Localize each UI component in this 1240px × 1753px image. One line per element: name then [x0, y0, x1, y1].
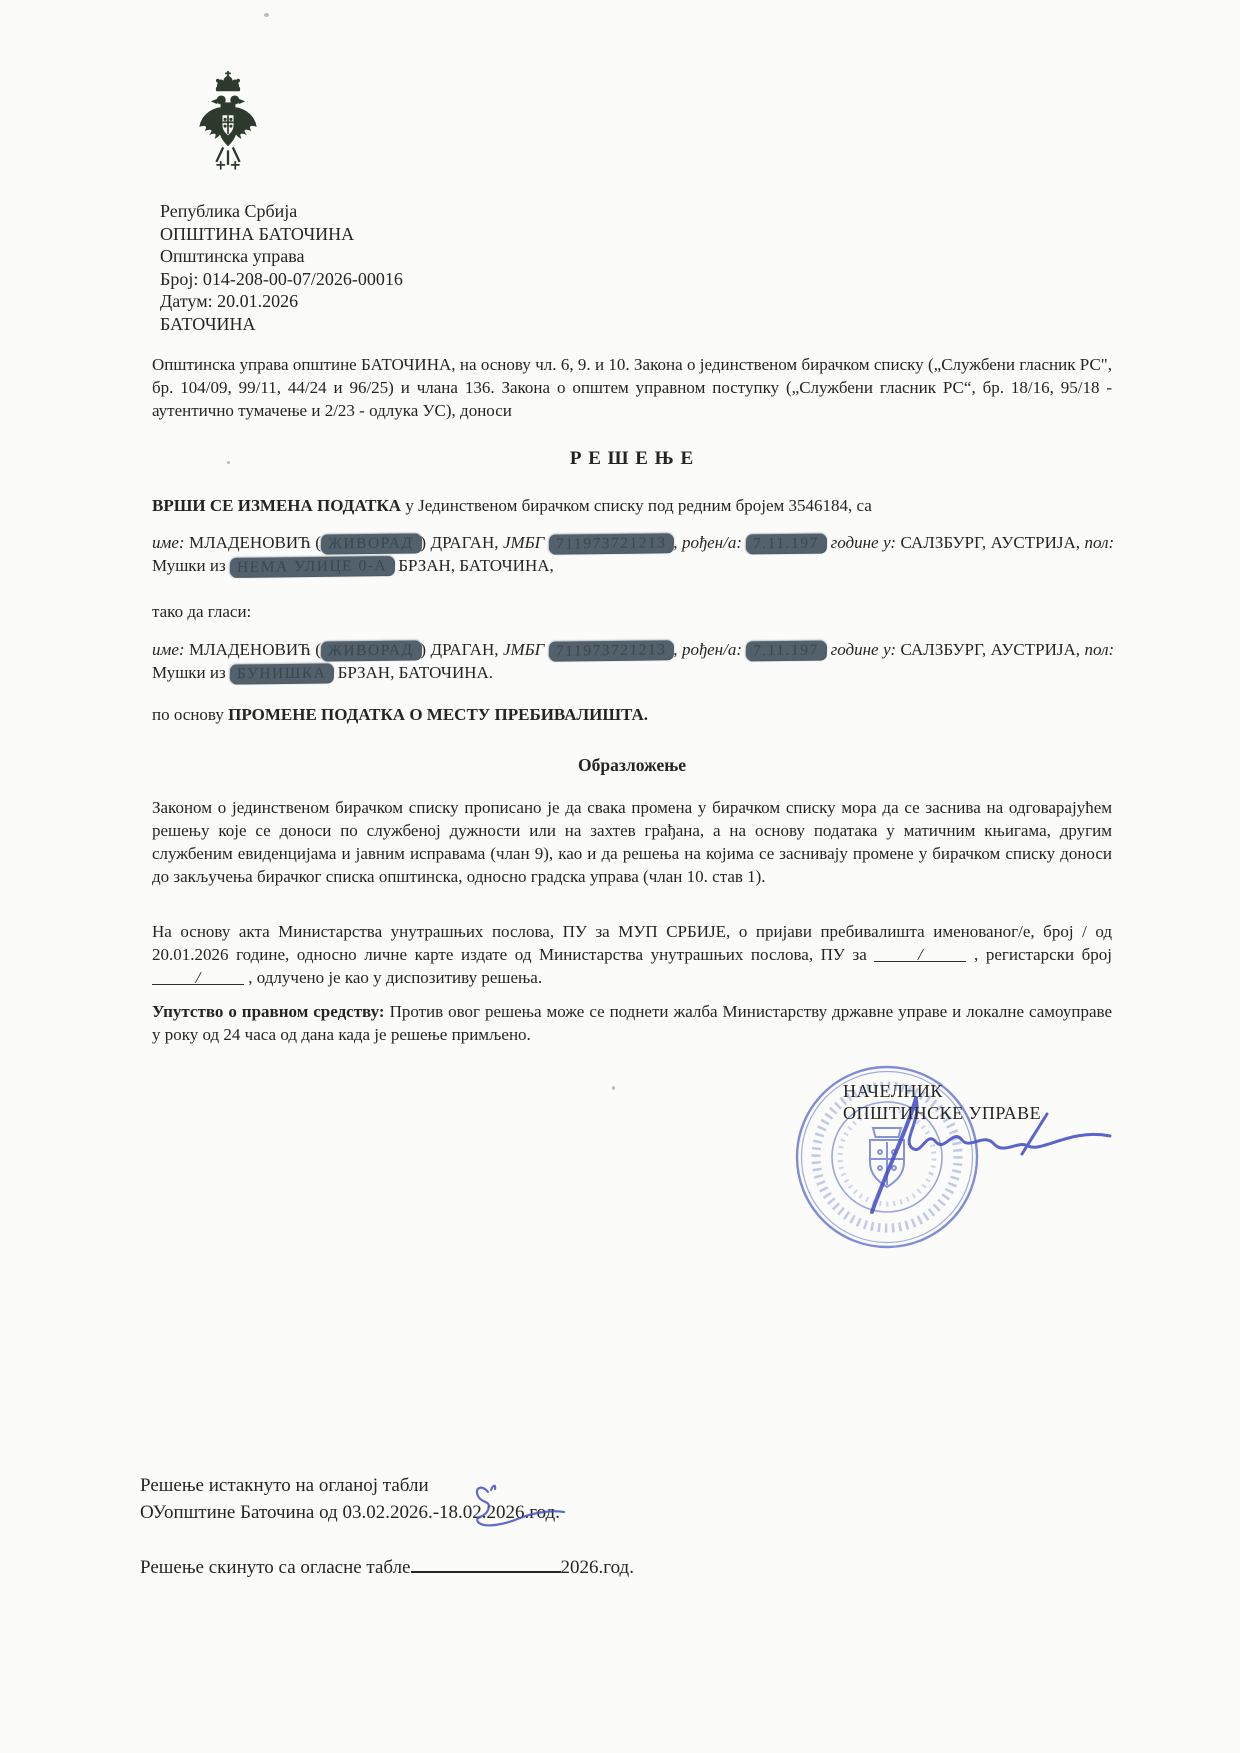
jmbg-redacted: 711973721213,: [549, 533, 678, 552]
slash: /: [196, 968, 201, 987]
sex-and-from: Мушки из: [152, 663, 226, 682]
redaction-blob: ЖИВОРАД: [321, 533, 421, 553]
basis-prefix: по основу: [152, 705, 224, 724]
signatory-title: НАЧЕЛНИК ОПШТИНСКЕ УПРАВЕ: [843, 1080, 1041, 1124]
label-in: у:: [883, 640, 896, 659]
document-page: { "header": { "country": "Република Срби…: [0, 0, 1240, 1753]
serbia-coat-of-arms-icon: [197, 70, 259, 190]
jmbg-redacted: 711973721213,: [549, 640, 678, 659]
explanation-paragraph-2: На основу акта Министарства унутрашњих п…: [152, 920, 1112, 989]
intro-paragraph: Општинска управа општине БАТОЧИНА, на ос…: [152, 353, 1112, 422]
label-born: рођен/а:: [682, 533, 742, 552]
transition-line: тако да гласи:: [152, 600, 251, 623]
redaction-blob: 711973721213: [549, 533, 674, 554]
father-name-redacted: (ЖИВОРАД): [315, 533, 426, 552]
removal-note-prefix: Решење скинуто са огласне табле: [140, 1557, 411, 1578]
scan-speck: [264, 13, 269, 17]
scan-speck: [296, 408, 299, 411]
paren-open: (: [315, 640, 321, 659]
remedy-bold: Упутство о правном средству:: [152, 1002, 385, 1021]
birth-city: САЛЗБУРГ, АУСТРИЈА,: [901, 533, 1081, 552]
letterhead-country: Република Србија: [160, 200, 403, 223]
removal-note: Решење скинуто са огласне табле2026.год.: [140, 1553, 634, 1581]
paren-close: ): [420, 640, 426, 659]
label-name: име:: [152, 640, 185, 659]
label-jmbg: ЈМБГ: [503, 533, 544, 552]
label-year: године: [831, 533, 879, 552]
birthdate-redacted: 7.11.197: [746, 534, 826, 554]
act-text-3: , одлучено је као у диспозитиву решења.: [248, 968, 542, 987]
letterhead-city: БАТОЧИНА: [160, 313, 403, 336]
letterhead-date: Датум: 20.01.2026: [160, 290, 403, 313]
explanation-title: Образложење: [152, 755, 1112, 776]
comma: ,: [673, 533, 677, 552]
operative-sentence: ВРШИ СЕ ИЗМЕНА ПОДАТКА у Јединственом би…: [152, 494, 1132, 517]
remedy-paragraph: Упутство о правном средству: Против овог…: [152, 1000, 1112, 1046]
label-jmbg: ЈМБГ: [503, 640, 544, 659]
redaction-blob: 711973721213: [549, 640, 674, 661]
operative-bold: ВРШИ СЕ ИЗМЕНА ПОДАТКА: [152, 496, 401, 515]
scan-speck: [612, 1086, 615, 1090]
address-redacted: НЕМА УЛИЦЕ 0-А: [230, 556, 395, 577]
letterhead-administration: Општинска управа: [160, 245, 403, 268]
operative-rest: у Јединственом бирачком списку под редни…: [405, 496, 871, 515]
removal-note-suffix: 2026.год.: [561, 1557, 634, 1578]
record-old: име: МЛАДЕНОВИЋ (ЖИВОРАД) ДРАГАН, ЈМБГ 7…: [152, 531, 1114, 577]
residence: БРЗАН, БАТОЧИНА.: [338, 663, 493, 682]
paren-close: ): [420, 533, 426, 552]
given-name: ДРАГАН,: [431, 640, 499, 659]
basis-line: по основу ПРОМЕНЕ ПОДАТКА О МЕСТУ ПРЕБИВ…: [152, 703, 648, 726]
letterhead-municipality: ОПШТИНА БАТОЧИНА: [160, 223, 403, 246]
explanation-paragraph-1: Законом о јединственом бирачком списку п…: [152, 796, 1112, 888]
father-name-redacted: (ЖИВОРАД): [315, 640, 426, 659]
given-name: ДРАГАН,: [431, 533, 499, 552]
comma: ,: [673, 640, 677, 659]
signatory-title-line2: ОПШТИНСКЕ УПРАВЕ: [843, 1102, 1041, 1124]
redaction-blob: ЖИВОРАД: [321, 640, 421, 660]
surname: МЛАДЕНОВИЋ: [189, 640, 311, 659]
surname: МЛАДЕНОВИЋ: [189, 533, 311, 552]
scan-speck: [227, 461, 230, 464]
blank-field: /: [152, 966, 244, 985]
blank-date-line: [411, 1553, 561, 1573]
letterhead: Република Србија ОПШТИНА БАТОЧИНА Општин…: [160, 200, 403, 335]
label-born: рођен/а:: [682, 640, 742, 659]
act-text-1: На основу акта Министарства унутрашњих п…: [152, 922, 1112, 964]
label-name: име:: [152, 533, 185, 552]
label-in: у:: [883, 533, 896, 552]
birth-city: САЛЗБУРГ, АУСТРИЈА,: [901, 640, 1081, 659]
decision-title: Р Е Ш Е Њ Е: [152, 448, 1112, 470]
signatory-title-line1: НАЧЕЛНИК: [843, 1080, 1041, 1102]
paren-open: (: [315, 533, 321, 552]
footer-initials-icon: [458, 1482, 570, 1530]
label-sex: пол:: [1085, 640, 1115, 659]
label-year: године: [831, 640, 879, 659]
basis-bold: ПРОМЕНЕ ПОДАТКА О МЕСТУ ПРЕБИВАЛИШТА.: [228, 705, 648, 724]
act-text-2: , регистарски број: [974, 945, 1112, 964]
label-sex: пол:: [1085, 533, 1115, 552]
residence: БРЗАН, БАТОЧИНА,: [398, 556, 553, 575]
sex-and-from: Мушки из: [152, 556, 226, 575]
birthdate-redacted: 7.11.197: [746, 641, 826, 661]
blank-field: /: [874, 943, 966, 962]
address-redacted: БУНИШКА: [230, 663, 334, 683]
letterhead-case-number: Број: 014-208-00-07/2026-00016: [160, 268, 403, 291]
record-new: име: МЛАДЕНОВИЋ (ЖИВОРАД) ДРАГАН, ЈМБГ 7…: [152, 638, 1114, 684]
slash: /: [918, 945, 923, 964]
